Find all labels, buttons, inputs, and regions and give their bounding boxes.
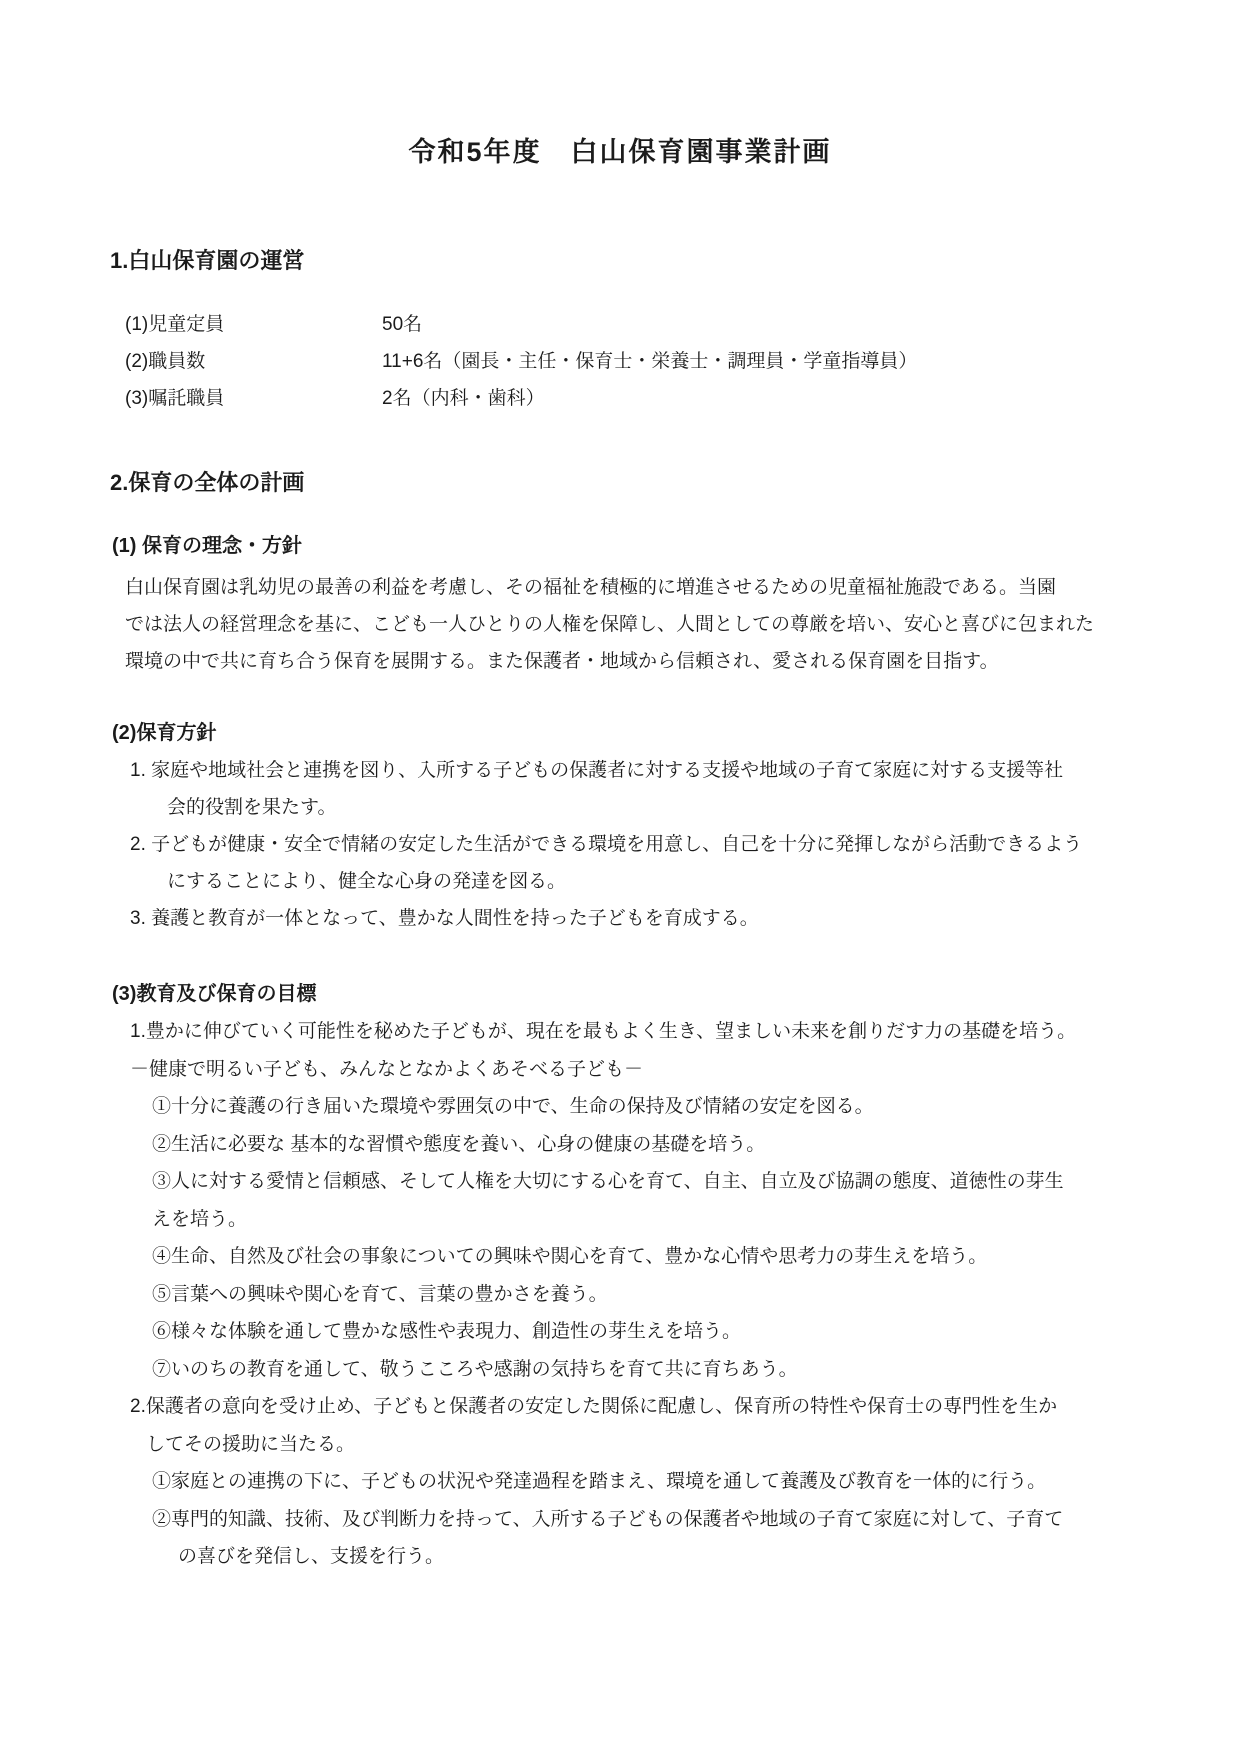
- info-row-value: 50名: [382, 314, 422, 335]
- subsection-1-heading: (1) 保育の理念・方針: [112, 534, 1240, 558]
- document-page: 令和5年度 白山保育園事業計画 1.白山保育園の運営 (1)児童定員50名 (2…: [0, 0, 1240, 1755]
- facility-info-list: (1)児童定員50名 (2)職員数11+6名（園長・主任・保育士・栄養士・調理員…: [0, 306, 1240, 417]
- goal-line: ①家庭との連携の下に、子どもの状況や発達過程を踏まえ、環境を通して養護及び教育を…: [152, 1463, 1240, 1501]
- goal-line: えを培う。: [152, 1201, 1240, 1239]
- goal-line: ⑥様々な体験を通して豊かな感性や表現力、創造性の芽生えを培う。: [152, 1313, 1240, 1351]
- info-row-label: (3)嘱託職員: [125, 380, 382, 417]
- policy-line: 会的役割を果たす。: [167, 789, 1240, 826]
- goal-line: ⑦いのちの教育を通して、敬うこころや感謝の気持ちを育て共に育ちあう。: [152, 1351, 1240, 1389]
- info-row-label: (1)児童定員: [125, 306, 382, 343]
- goals-list: 1.豊かに伸びていく可能性を秘めた子どもが、現在を最もよく生き、望ましい未来を創…: [0, 1013, 1240, 1576]
- subsection-3-heading: (3)教育及び保育の目標: [112, 982, 1240, 1006]
- goal-line: してその援助に当たる。: [146, 1426, 1240, 1464]
- goal-line: ②専門的知識、技術、及び判断力を持って、入所する子どもの保護者や地域の子育て家庭…: [152, 1501, 1240, 1539]
- policy-line: 2. 子どもが健康・安全で情緒の安定した生活ができる環境を用意し、自己を十分に発…: [130, 826, 1240, 863]
- info-row-value: 2名（内科・歯科）: [382, 388, 545, 409]
- subsection-2-heading: (2)保育方針: [112, 721, 1240, 745]
- philosophy-paragraph: 白山保育園は乳幼児の最善の利益を考慮し、その福祉を積極的に増進させるための児童福…: [0, 569, 1240, 680]
- goal-line: －健康で明るい子ども、みんなとなかよくあそべる子ども－: [130, 1051, 1240, 1089]
- policy-list: 1. 家庭や地域社会と連携を図り、入所する子どもの保護者に対する支援や地域の子育…: [0, 752, 1240, 937]
- philosophy-paragraph-line: 環境の中で共に育ち合う保育を展開する。また保護者・地域から信頼され、愛される保育…: [125, 643, 1240, 680]
- policy-line: 3. 養護と教育が一体となって、豊かな人間性を持った子どもを育成する。: [130, 900, 1240, 937]
- goal-line: ⑤言葉への興味や関心を育て、言葉の豊かさを養う。: [152, 1276, 1240, 1314]
- goal-line: ②生活に必要な 基本的な習慣や態度を養い、心身の健康の基礎を培う。: [152, 1126, 1240, 1164]
- section-2-heading: 2.保育の全体の計画: [110, 470, 1240, 496]
- info-row-capacity: (1)児童定員50名: [125, 306, 1240, 343]
- goal-line: の喜びを発信し、支援を行う。: [178, 1538, 1240, 1576]
- philosophy-paragraph-line: 白山保育園は乳幼児の最善の利益を考慮し、その福祉を積極的に増進させるための児童福…: [125, 569, 1240, 606]
- section-1-heading: 1.白山保育園の運営: [110, 248, 1240, 274]
- info-row-staff: (2)職員数11+6名（園長・主任・保育士・栄養士・調理員・学童指導員）: [125, 343, 1240, 380]
- info-row-value: 11+6名（園長・主任・保育士・栄養士・調理員・学童指導員）: [382, 351, 917, 372]
- goal-line: ①十分に養護の行き届いた環境や雰囲気の中で、生命の保持及び情緒の安定を図る。: [152, 1088, 1240, 1126]
- goal-line: ③人に対する愛情と信頼感、そして人権を大切にする心を育て、自主、自立及び協調の態…: [152, 1163, 1240, 1201]
- policy-line: にすることにより、健全な心身の発達を図る。: [167, 863, 1240, 900]
- info-row-contract-staff: (3)嘱託職員2名（内科・歯科）: [125, 380, 1240, 417]
- goal-line: 2.保護者の意向を受け止め、子どもと保護者の安定した関係に配慮し、保育所の特性や…: [130, 1388, 1240, 1426]
- policy-line: 1. 家庭や地域社会と連携を図り、入所する子どもの保護者に対する支援や地域の子育…: [130, 752, 1240, 789]
- goal-line: 1.豊かに伸びていく可能性を秘めた子どもが、現在を最もよく生き、望ましい未来を創…: [130, 1013, 1240, 1051]
- philosophy-paragraph-line: では法人の経営理念を基に、こども一人ひとりの人権を保障し、人間としての尊厳を培い…: [125, 606, 1240, 643]
- goal-line: ④生命、自然及び社会の事象についての興味や関心を育て、豊かな心情や思考力の芽生え…: [152, 1238, 1240, 1276]
- document-title: 令和5年度 白山保育園事業計画: [0, 136, 1240, 168]
- info-row-label: (2)職員数: [125, 343, 382, 380]
